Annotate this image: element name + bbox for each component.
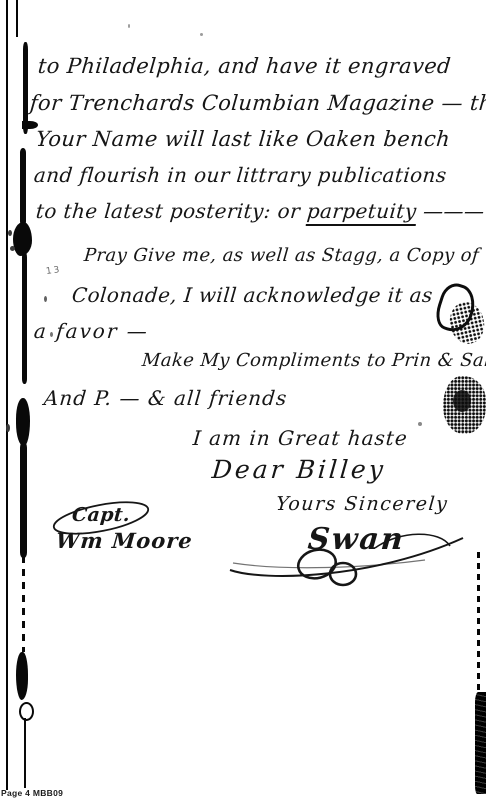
- binding-ink-streak: [20, 148, 26, 226]
- trailing-dash: ———: [415, 199, 485, 223]
- ink-blot-core: [453, 390, 471, 412]
- ink-blob: [22, 121, 38, 129]
- paper-speck: [8, 230, 12, 236]
- paper-speck: [128, 24, 130, 28]
- ink-loop-mark: [19, 702, 34, 721]
- underlined-word: parpetuity: [306, 199, 418, 226]
- paper-speck: [418, 422, 422, 426]
- scan-edge-line: [6, 0, 8, 790]
- binding-ink-streak: [22, 252, 27, 384]
- letter-line: Your Name will last like Oaken bench: [35, 127, 451, 151]
- addressee-title: Capt.: [71, 504, 131, 526]
- binding-ink-streak: [20, 442, 27, 558]
- binding-ink-streak: [24, 718, 26, 788]
- paper-speck: [6, 424, 10, 432]
- scan-edge-tick: [16, 0, 18, 37]
- letter-line: a favor —: [33, 319, 150, 343]
- letter-line: Make My Compliments to Prin & Salley: [141, 350, 486, 371]
- ink-blot-right-upper: [434, 280, 486, 346]
- page-footer-label: Page 4 MBB09: [1, 788, 63, 798]
- letter-line: And P. — & all friends: [43, 386, 288, 410]
- letter-line: to Philadelphia, and have it engraved: [37, 54, 452, 78]
- scan-edge-smudge-thin: [477, 552, 480, 694]
- scanned-letter-page: to Philadelphia, and have it engraved fo…: [0, 0, 486, 800]
- signature: Swan: [306, 522, 406, 557]
- letter-line: for Trenchards Columbian Magazine — then: [29, 91, 486, 115]
- letter-line: and flourish in our littrary publication…: [33, 163, 448, 187]
- letter-line: Colonade, I will acknowledge it as: [71, 283, 434, 307]
- letter-line: Pray Give me, as well as Stagg, a Copy o…: [83, 245, 480, 266]
- ink-blob: [13, 222, 32, 256]
- letter-line: I am in Great haste: [192, 426, 409, 450]
- addressee-name: Wm Moore: [55, 528, 194, 553]
- pencil-annotation: 13: [45, 265, 62, 277]
- posterity-prefix: to the latest posterity: or: [35, 199, 308, 223]
- paper-speck: [44, 296, 47, 302]
- ink-blob: [16, 398, 30, 446]
- letter-salutation: Dear Billey: [211, 455, 387, 484]
- paper-speck: [200, 33, 203, 36]
- paper-speck: [10, 246, 15, 251]
- ink-blot-right-mid: [443, 376, 486, 434]
- binding-ink-streak: [22, 556, 25, 652]
- scan-edge-smudge-thick: [475, 692, 486, 794]
- letter-line-posterity: to the latest posterity: or parpetuity —…: [35, 199, 486, 223]
- ink-blob: [16, 652, 28, 700]
